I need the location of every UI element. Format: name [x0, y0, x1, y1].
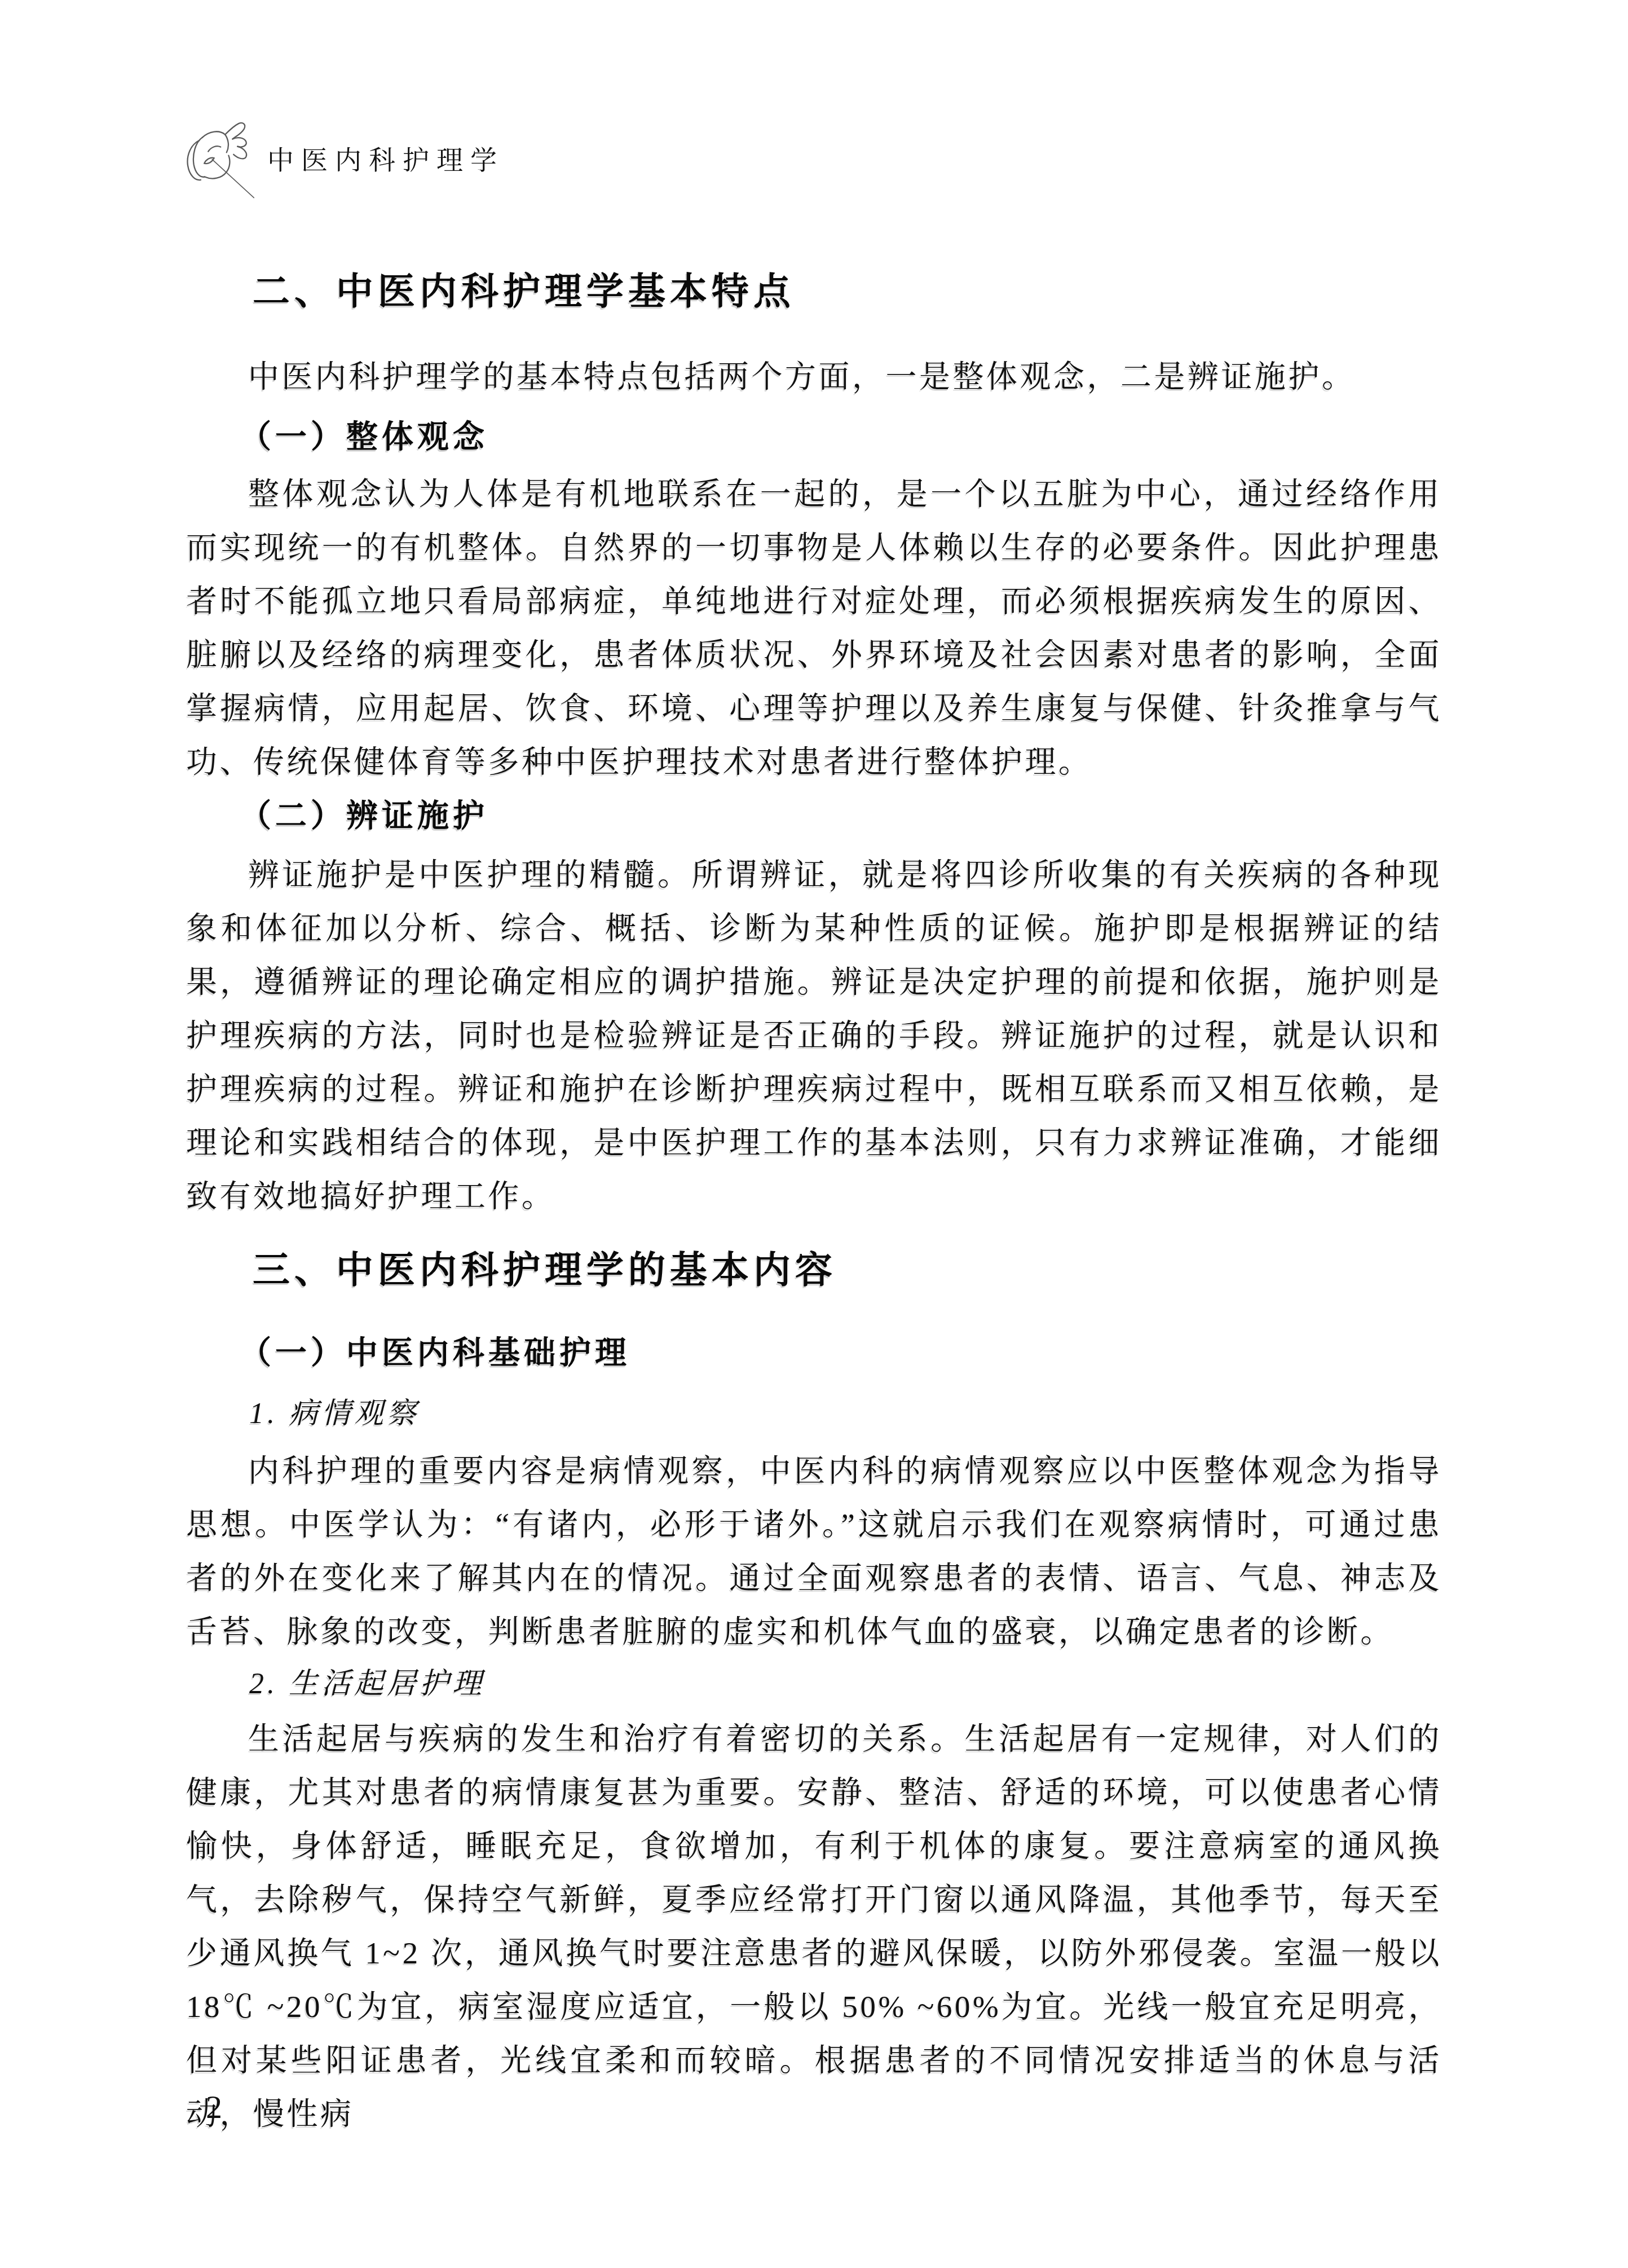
subsection-heading: （二）辨证施护 [186, 792, 1442, 839]
numbered-list-item: 1. 病情观察 [186, 1393, 1442, 1435]
section-heading: 二、中医内科护理学基本特点 [186, 265, 1442, 317]
paragraph: 中医内科护理学的基本特点包括两个方面，一是整体观念，二是辨证施护。 [186, 350, 1442, 403]
book-page: 中医内科护理学 二、中医内科护理学基本特点 中医内科护理学的基本特点包括两个方面… [0, 0, 1628, 2268]
paragraph: 内科护理的重要内容是病情观察，中医内科的病情观察应以中医整体观念为指导思想。中医… [186, 1444, 1442, 1658]
page-number: 2 [206, 2088, 222, 2126]
paragraph: 辨证施护是中医护理的精髓。所谓辨证，就是将四诊所收集的有关疾病的各种现象和体征加… [186, 848, 1442, 1223]
paragraph: 整体观念认为人体是有机地联系在一起的，是一个以五脏为中心，通过经络作用而实现统一… [186, 467, 1442, 789]
subsection-heading: （一）整体观念 [186, 413, 1442, 460]
subsection-heading: （一）中医内科基础护理 [186, 1329, 1442, 1376]
paragraph: 生活起居与疾病的发生和治疗有着密切的关系。生活起居有一定规律，对人们的健康，尤其… [186, 1712, 1442, 2141]
section-heading: 三、中医内科护理学的基本内容 [186, 1244, 1442, 1296]
numbered-list-item: 2. 生活起居护理 [186, 1663, 1442, 1705]
page-content: 二、中医内科护理学基本特点 中医内科护理学的基本特点包括两个方面，一是整体观念，… [186, 0, 1442, 2141]
